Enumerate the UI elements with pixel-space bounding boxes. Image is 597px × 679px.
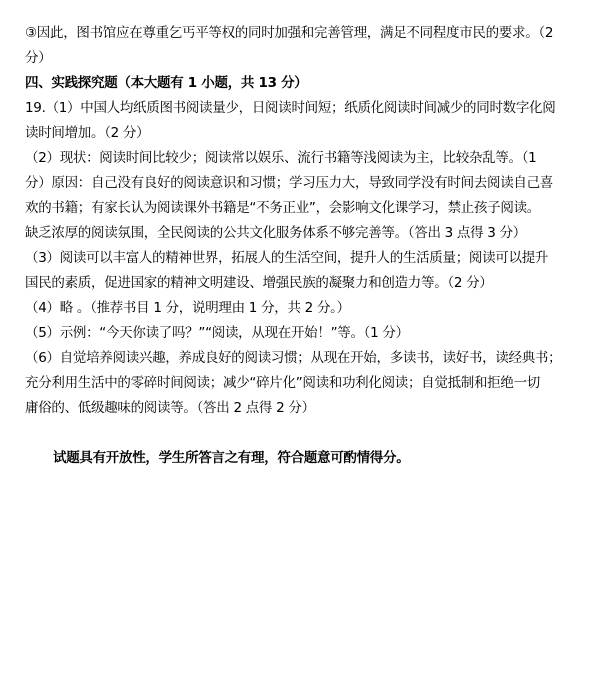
text-line: （5）示例：“今天你读了吗？”“阅读，从现在开始！”等。（1 分）: [25, 321, 573, 346]
text-line: （3）阅读可以丰富人的精神世界，拓展人的生活空间，提升人的生活质量；阅读可以提升: [25, 246, 573, 271]
text-line: 分）: [25, 46, 573, 71]
text-line: 国民的素质，促进国家的精神文明建设、增强民族的凝聚力和创造力等。（2 分）: [25, 271, 573, 296]
text-line: [25, 421, 573, 446]
text-line: 分）原因：自己没有良好的阅读意识和习惯；学习压力大，导致同学没有时间去阅读自己喜: [25, 171, 573, 196]
text-line: 庸俗的、低级趣味的阅读等。（答出 2 点得 2 分）: [25, 396, 573, 421]
text-line: 试题具有开放性，学生所答言之有理，符合题意可酌情得分。: [25, 446, 573, 471]
text-line: （2）现状：阅读时间比较少；阅读常以娱乐、流行书籍等浅阅读为主，比较杂乱等。（1: [25, 146, 573, 171]
answer-sheet-page: ③因此，图书馆应在尊重乞丐平等权的同时加强和完善管理，满足不同程度市民的要求。（…: [0, 0, 597, 679]
text-line: 读时间增加。（2 分）: [25, 121, 573, 146]
text-line: 缺乏浓厚的阅读氛围，全民阅读的公共文化服务体系不够完善等。（答出 3 点得 3 …: [25, 221, 573, 246]
text-line: （6）自觉培养阅读兴趣，养成良好的阅读习惯；从现在开始，多读书，读好书，读经典书…: [25, 346, 573, 371]
answer-text-block: ③因此，图书馆应在尊重乞丐平等权的同时加强和完善管理，满足不同程度市民的要求。（…: [25, 21, 573, 471]
text-line: （4）略 。（推荐书目 1 分，说明理由 1 分，共 2 分。）: [25, 296, 573, 321]
text-line: 充分利用生活中的零碎时间阅读；减少“碎片化”阅读和功利化阅读；自觉抵制和拒绝一切: [25, 371, 573, 396]
text-line: 欢的书籍；有家长认为阅读课外书籍是“不务正业”，会影响文化课学习，禁止孩子阅读。: [25, 196, 573, 221]
text-line: 四、实践探究题（本大题有 1 小题，共 13 分）: [25, 71, 573, 96]
text-line: 19.（1）中国人均纸质图书阅读量少，日阅读时间短；纸质化阅读时间减少的同时数字…: [25, 96, 573, 121]
text-line: ③因此，图书馆应在尊重乞丐平等权的同时加强和完善管理，满足不同程度市民的要求。（…: [25, 21, 573, 46]
